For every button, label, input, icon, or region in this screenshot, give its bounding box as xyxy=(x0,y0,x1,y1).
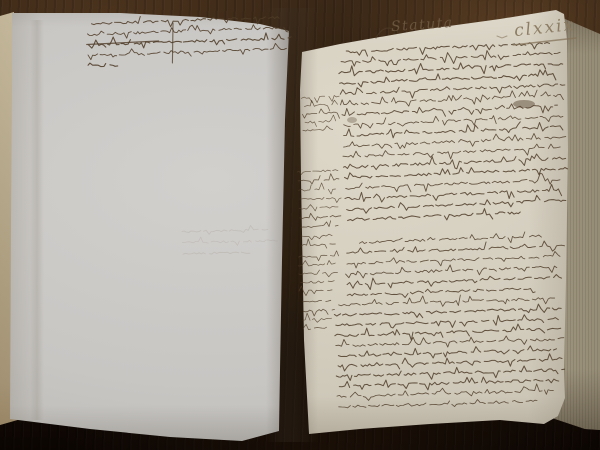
book-gutter-shadow xyxy=(266,8,318,442)
photo-scene: Statuta clxxix xyxy=(0,0,600,450)
left-page-crease xyxy=(30,20,44,420)
